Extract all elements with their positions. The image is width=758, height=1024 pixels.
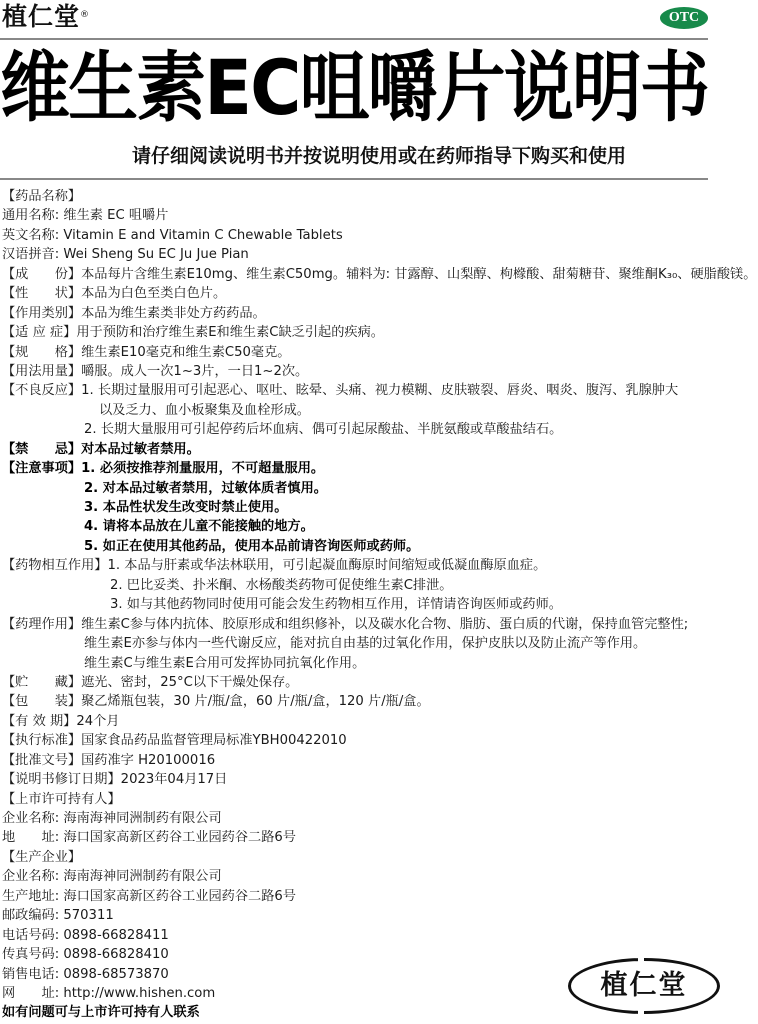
registered-mark: ® [80, 10, 90, 20]
precautions-label: 【注意事项】 [2, 461, 81, 476]
precaution-item: 2. 对本品过敏者禁用，过敏体质者慎用。 [2, 479, 758, 498]
section-validity: 【有 效 期】24个月 [2, 712, 758, 731]
section-approval-number: 【批准文号】国药准字 H20100016 [2, 751, 758, 770]
pharmacology-line: 维生素C与维生素E合用可发挥协同抗氧化作用。 [2, 654, 758, 673]
section-pharmacology: 【药理作用】维生素C参与体内抗体、胶原形成和组织修补，以及碳水化合物、脂肪、蛋白… [2, 615, 758, 634]
manufacturer-company: 企业名称: 海南海神同洲制药有限公司 [2, 867, 758, 886]
section-interactions: 【药物相互作用】1. 本品与肝素或华法林联用，可引起凝血酶原时间缩短或低凝血酶原… [2, 556, 758, 575]
otc-badge: OTC [660, 7, 708, 29]
section-drug-name-heading: 【药品名称】 [2, 187, 758, 206]
mah-company: 企业名称: 海南海神同洲制药有限公司 [2, 809, 758, 828]
adverse-reaction-item: 1. 长期过量服用可引起恶心、呕吐、眩晕、头痛、视力模糊、皮肤皲裂、唇炎、咽炎、… [81, 383, 678, 398]
section-specification: 【规 格】维生素E10毫克和维生素C50毫克。 [2, 343, 758, 362]
section-dosage: 【用法用量】嚼服。成人一次1~3片，一日1~2次。 [2, 362, 758, 381]
precaution-item: 4. 请将本品放在儿童不能接触的地方。 [2, 517, 758, 536]
brand-name: 植仁堂 [2, 2, 80, 31]
document-subtitle: 请仔细阅读说明书并按说明使用或在药师指导下购买和使用 [0, 143, 758, 169]
section-category: 【作用类别】本品为维生素类非处方药药品。 [2, 304, 758, 323]
manufacturer-address: 生产地址: 海口国家高新区药谷工业园药谷二路6号 [2, 887, 758, 906]
section-precautions: 【注意事项】1. 必须按推荐剂量服用，不可超量服用。 [2, 459, 758, 478]
header-divider [0, 178, 708, 180]
document-title: 维生素EC咀嚼片说明书 [0, 40, 697, 136]
leaflet-body: 【药品名称】 通用名称: 维生素 EC 咀嚼片 英文名称: Vitamin E … [2, 187, 758, 1023]
english-name: 英文名称: Vitamin E and Vitamin C Chewable T… [2, 226, 758, 245]
section-mah-heading: 【上市许可持有人】 [2, 790, 758, 809]
section-composition: 【成 份】本品每片含维生素E10mg、维生素C50mg。辅料为: 甘露醇、山梨醇… [2, 265, 758, 284]
generic-name: 通用名称: 维生素 EC 咀嚼片 [2, 206, 758, 225]
section-package: 【包 装】聚乙烯瓶包装，30 片/瓶/盒，60 片/瓶/盒，120 片/瓶/盒。 [2, 692, 758, 711]
mah-address: 地 址: 海口国家高新区药谷工业园药谷二路6号 [2, 828, 758, 847]
section-indications: 【适 应 症】用于预防和治疗维生素E和维生素C缺乏引起的疾病。 [2, 323, 758, 342]
precaution-item: 1. 必须按推荐剂量服用，不可超量服用。 [81, 461, 324, 476]
section-contraindications: 【禁 忌】对本品过敏者禁用。 [2, 440, 758, 459]
adverse-reaction-item: 以及乏力、血小板聚集及血栓形成。 [2, 401, 758, 420]
pharmacology-line: 维生素E亦参与体内一些代谢反应，能对抗自由基的过氧化作用，保护皮肤以及防止流产等… [2, 634, 758, 653]
brand-logo-bottom: 植仁堂 [568, 958, 720, 1014]
pharmacology-line: 维生素C参与体内抗体、胶原形成和组织修补，以及碳水化合物、脂肪、蛋白质的代谢，保… [81, 617, 688, 632]
manufacturer-phone: 电话号码: 0898-66828411 [2, 926, 758, 945]
manufacturer-postcode: 邮政编码: 570311 [2, 906, 758, 925]
pharmacology-label: 【药理作用】 [2, 617, 81, 632]
adverse-reactions-label: 【不良反应】 [2, 383, 81, 398]
interaction-item: 1. 本品与肝素或华法林联用，可引起凝血酶原时间缩短或低凝血酶原血症。 [108, 558, 547, 573]
pinyin-name: 汉语拼音: Wei Sheng Su EC Ju Jue Pian [2, 245, 758, 264]
precaution-item: 5. 如正在使用其他药品，使用本品前请咨询医师或药师。 [2, 537, 758, 556]
logo-text: 植仁堂 [568, 958, 720, 1014]
section-standard: 【执行标准】国家食品药品监督管理局标准YBH00422010 [2, 731, 758, 750]
interactions-label: 【药物相互作用】 [2, 558, 108, 573]
interaction-item: 2. 巴比妥类、扑米酮、水杨酸类药物可促使维生素C排泄。 [2, 576, 758, 595]
section-description: 【性 状】本品为白色至类白色片。 [2, 284, 758, 303]
section-revision-date: 【说明书修订日期】2023年04月17日 [2, 770, 758, 789]
adverse-reaction-item: 2. 长期大量服用可引起停药后坏血病、偶可引起尿酸盐、半胱氨酸或草酸盐结石。 [2, 420, 758, 439]
precaution-item: 3. 本品性状发生改变时禁止使用。 [2, 498, 758, 517]
section-manufacturer-heading: 【生产企业】 [2, 848, 758, 867]
brand-logo-top: 植仁堂® [2, 1, 90, 33]
section-adverse-reactions: 【不良反应】1. 长期过量服用可引起恶心、呕吐、眩晕、头痛、视力模糊、皮肤皲裂、… [2, 381, 758, 400]
section-storage: 【贮 藏】遮光、密封，25°C以下干燥处保存。 [2, 673, 758, 692]
interaction-item: 3. 如与其他药物同时使用可能会发生药物相互作用，详情请咨询医师或药师。 [2, 595, 758, 614]
